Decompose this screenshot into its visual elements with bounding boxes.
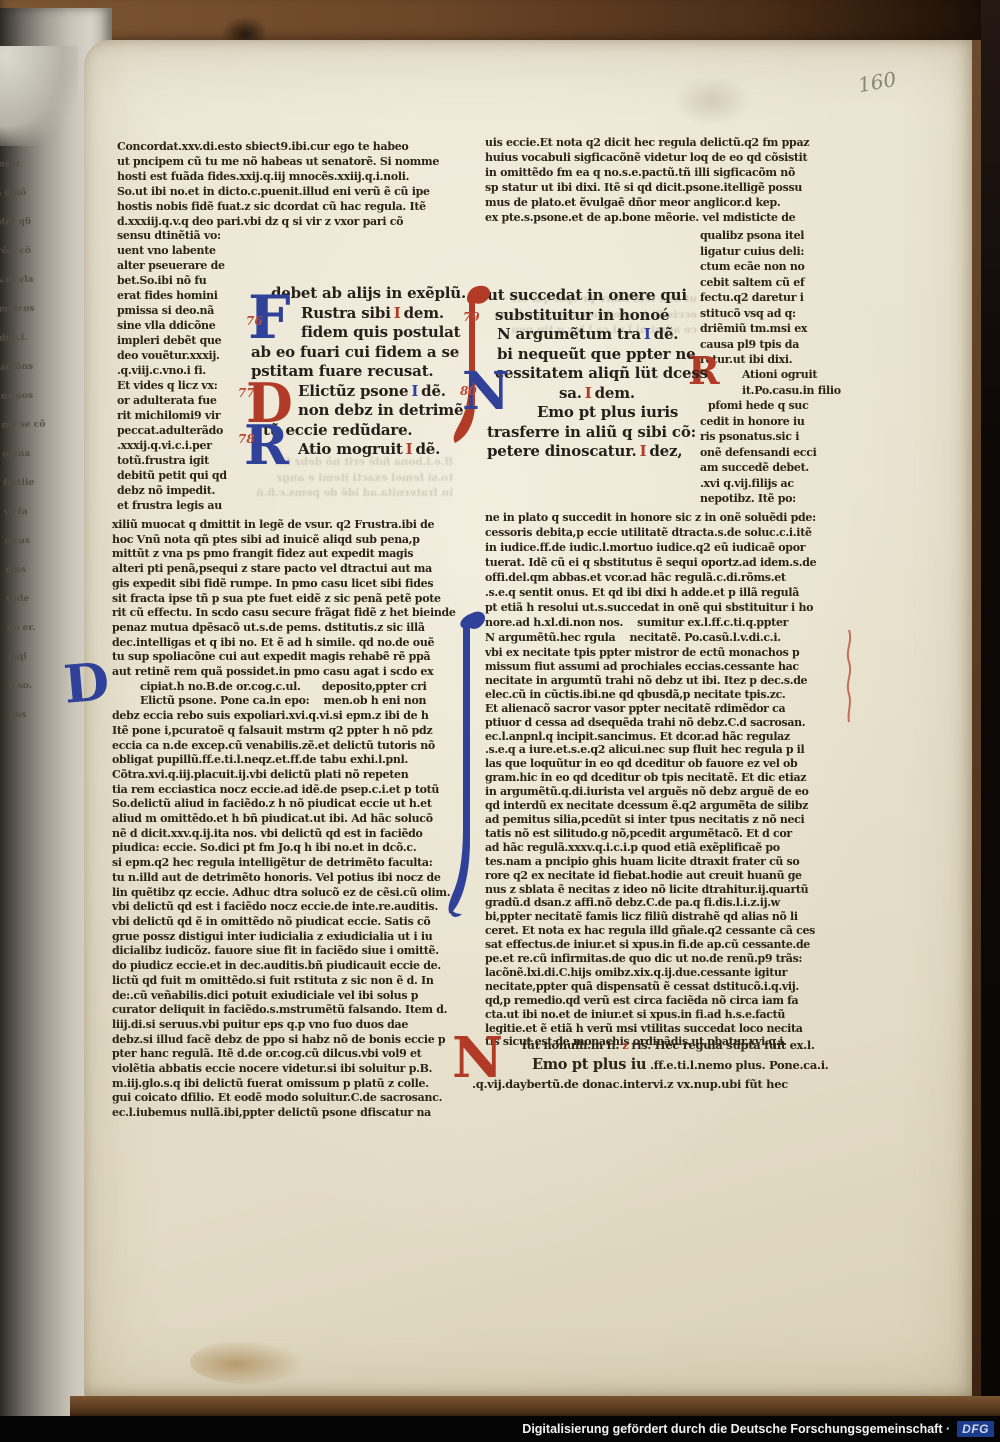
text-line: tu n.illd aut de detrimẽto honoris. Vel … <box>112 871 454 886</box>
text-line: sat effectus.de iniur.et si xpus.in fi.d… <box>485 938 839 952</box>
parchment-stain-top <box>672 76 752 126</box>
initial-i-tall-blue-flourish <box>446 610 490 918</box>
text-line: rit michilomi9 vir <box>117 408 243 423</box>
text-line: huius vocabuli sigficacõnẽ videtur loq d… <box>485 150 839 165</box>
text-line: qualibz psona itel <box>700 228 842 244</box>
text-line: debitũ petit qui qd <box>117 468 243 483</box>
text-line: fectu.q2 daretur i <box>700 290 842 306</box>
rubric-line: .q.vij.daybertũ.de donac.intervi.z vx.nu… <box>460 1075 840 1094</box>
text-line: piudica: eccie. So.dici pt fm Jo.q h ibi… <box>112 841 454 856</box>
right-column-lower-commentary: missum fiut assumi ad prochiales eccias.… <box>485 660 839 1049</box>
text-line: obligat pupillũ.ff.e.ti.l.neqz.et.ff.de … <box>112 753 454 768</box>
margin-number-77: 77 <box>238 386 255 400</box>
text-line: lictũ qd fuit m omittẽdo.si fuit rstitut… <box>112 974 454 989</box>
rubric-text: dẽ. <box>415 440 440 458</box>
right-margin-gloss-upper: qualibz psona itelligatur cuius deli:ctu… <box>700 228 842 368</box>
margin-number-79: 79 <box>463 310 480 324</box>
text-line: gram.hic in eo qd dceditur ob tpis necit… <box>485 771 839 785</box>
text-line: nore.ad h.xl.di.non nos. sumitur ex.l.ff… <box>485 615 839 630</box>
text-line: bet.So.ibi nõ fu <box>117 273 243 288</box>
text-line: ctum ecãe non no <box>700 259 842 275</box>
text-fragment: b so. <box>8 671 55 701</box>
text-line: ceret. Et nota ex hac regula illd gñale.… <box>485 924 839 938</box>
rubric-text: dem. <box>595 384 635 402</box>
text-line: Et alienacõ sacror vasor ppter necitatẽ … <box>485 702 839 716</box>
margin-number-76: 76 <box>246 314 263 328</box>
text-line: it.Po.casu.in filio <box>700 383 842 399</box>
text-line: cessoris debita,p eccie utilitatẽ dtract… <box>485 525 839 540</box>
text-line: ne in plato q succedit in honore sic z i… <box>485 510 839 525</box>
text-fragment: s.et vla <box>0 265 44 295</box>
text-line: peccat.adulterãdo <box>117 423 243 438</box>
text-line: necitate in argumtũ trahi nõ debz ut ibi… <box>485 674 839 688</box>
rubric-line: Emo pt plus iuris <box>487 403 709 423</box>
text-line: mittũt z vna ps pmo frangit fidez aut ex… <box>112 547 454 562</box>
book-bottom-edge <box>70 1396 1000 1418</box>
initial-n-red: N <box>452 1030 503 1086</box>
text-line: retur.ut ibi dixi. <box>700 352 842 368</box>
text-line: ex pte.s.psone.et de ap.bone mẽorie. vel… <box>485 210 839 225</box>
paragraph-tie-mark: I <box>408 382 421 400</box>
rubric-text: .ff.e.ti.l.nemo plus. Pone.ca.i. <box>646 1058 828 1072</box>
text-line: onẽ defensandi ecci <box>700 445 842 461</box>
text-line: m.iij.glo.s.q ibi delictũ fuerat omissum… <box>112 1077 454 1092</box>
text-line: sine vlla ddicõne <box>117 318 243 333</box>
text-fragment: mdicos <box>0 294 45 324</box>
text-line: vbi ex necitate tpis ppter mistror de ec… <box>485 645 839 660</box>
rubric-line: substituitur in honoé <box>487 306 709 326</box>
text-line: liij.di.si seruus.vbi puitur eps q.p vno… <box>112 1018 454 1033</box>
text-line: de:.cũ veñabilis.dici potuit exiudiciale… <box>112 989 454 1004</box>
rubric-text: ris. Hec regula sũpta fuit ex.l. <box>631 1038 814 1052</box>
text-line: pe.et re.cũ infirmitas.de quo dic ut no.… <box>485 952 839 966</box>
text-line: uis eccie.Et nota q2 dicit hec regula de… <box>485 135 839 150</box>
text-line: ut pncipem cũ tu me nõ habeas ut senator… <box>117 154 453 169</box>
rubric-text: fũt nõnulli.in fi. <box>522 1038 619 1052</box>
text-fragment: o.cas <box>4 526 51 556</box>
parchment-stain <box>190 1340 305 1384</box>
text-line: .s.e.q sentit onus. Et qd ibi dixi h add… <box>485 585 839 600</box>
nemo-rubric-section: fũt nõnulli.in fi.zris. Hec regula sũpta… <box>460 1036 840 1094</box>
text-line: ris psonatus.sic i <box>700 429 842 445</box>
rubric-text: dez, <box>649 442 682 460</box>
text-line: stitucõ vsq ad q: <box>700 306 842 322</box>
text-line: aliud m omittẽdo.et h bñ piudicat.ut ibi… <box>112 812 454 827</box>
text-line: xiliũ muocat q dmittit in legẽ de vsur. … <box>112 518 454 533</box>
text-line: tatis nõ est silitudo.g nõ,pcedit argumẽ… <box>485 827 839 841</box>
text-fragment: duc.l. <box>0 323 46 353</box>
text-line: cipiat.h no.B.de or.cog.c.ul. deposito,p… <box>112 680 454 695</box>
margin-number-80: 80 <box>460 384 477 398</box>
rubric-text-large: Emo pt plus iu <box>532 1056 646 1073</box>
text-line: tia rem ecciastica nocz eccie.ad idẽ.de … <box>112 783 454 798</box>
text-fragment: ve fa <box>4 497 51 527</box>
text-line: tes.nam a pncipio ghis huam licite dtrax… <box>485 855 839 869</box>
rubric-line: bi nequeũt que ppter ne <box>487 345 709 365</box>
text-line: las que loquũtur in eo qd dceditur ob fa… <box>485 757 839 771</box>
text-fragment: mẽ se cõ <box>1 410 48 440</box>
rubric-text: Elictũz psone <box>298 382 408 400</box>
text-line: dec.intelligas et q ibi no. Et ẽ ad h si… <box>112 636 454 651</box>
text-line: rore q2 ex necitate id fiebat.hodie aut … <box>485 869 839 883</box>
paragraph-tie-mark: I <box>582 384 595 402</box>
text-line: erat fides homini <box>117 288 243 303</box>
text-line: impleri debẽt que <box>117 333 243 348</box>
text-fragment: Gide <box>6 584 53 614</box>
left-column-narrow-gloss: sensu dtinẽtiã vo:uent vno labentealter … <box>117 228 243 513</box>
dark-background-right <box>981 0 1000 1442</box>
text-line: tu sup spoliacõne cui aut expedit magis … <box>112 650 454 665</box>
text-line: cedit in honore iu <box>700 414 842 430</box>
rubric-text: N argumẽtum tra <box>497 325 641 343</box>
text-line: pter hanc regulã. Itẽ d.de or.cog.cũ dil… <box>112 1047 454 1062</box>
text-line: nepotibz. Itẽ po: <box>700 491 842 507</box>
rubric-text: dẽ. <box>421 382 446 400</box>
text-line: sp statur ut ibi dixi. Itẽ si qd dicit.p… <box>485 180 839 195</box>
text-line: debz nõ impedit. <box>117 483 243 498</box>
rubric-line: cessitatem aliqñ lüt dcess <box>487 364 709 384</box>
text-line: .s.e.q a iure.et.s.e.q2 alicui.nec sup f… <box>485 743 839 757</box>
text-fragment: us pos <box>0 381 47 411</box>
text-line: in argumẽtũ.q.di.iurista vel arguẽs nõ d… <box>485 785 839 799</box>
rubric-line: ut succedat in onere qui <box>487 286 709 306</box>
text-line: debz.si illud facẽ debz de ppo si habz n… <box>112 1033 454 1048</box>
text-line: am succedẽ debet. <box>700 460 842 476</box>
text-line: Elictũ psone. Pone ca.in epo: men.ob h e… <box>112 694 454 709</box>
text-fragment: a dmõ <box>0 178 42 208</box>
paragraph-tie-mark: I <box>391 304 404 322</box>
margin-number-78: 78 <box>238 432 255 446</box>
text-line: dicialibz iudicõz. fauore siue fit in fa… <box>112 944 454 959</box>
right-column-mid-commentary: ne in plato q succedit in honore sic z i… <box>485 510 839 660</box>
text-line: causa pl9 tpis da <box>700 337 842 353</box>
text-line: eccia ca n.de excep.cũ venabilis.zẽ.et d… <box>112 739 454 754</box>
text-line: ec.l.anpnl.q incipit.sancimus. Et dcor.a… <box>485 730 839 744</box>
left-column-commentary: xiliũ muocat q dmittit in legẽ de vsur. … <box>112 518 454 1121</box>
text-line: et frustra legis au <box>117 498 243 513</box>
text-fragment: actõns <box>0 352 46 382</box>
text-line: So.delictũ aliud in faciẽdo.z h nõ piudi… <box>112 797 454 812</box>
text-line: vbi delictũ qd ẽ in omittẽdo nõ piudicat… <box>112 915 454 930</box>
text-line: tuerat. Idẽ cũ ei q sbstitutus ẽ sequi o… <box>485 555 839 570</box>
rubric-line: petere dinoscatur.Idez, <box>487 442 709 462</box>
paragraph-tie-mark: I <box>641 325 654 343</box>
text-line: ec.l.iubemus nullã.ibi,ppter delictũ pso… <box>112 1106 454 1121</box>
rubric-text: dẽ. <box>654 325 679 343</box>
text-fragment: uo er. <box>7 613 54 643</box>
text-line: pmissa si deo.nã <box>117 303 243 318</box>
text-line: offi.del.qm abbas.et vcor.ad hãc regulã.… <box>485 570 839 585</box>
text-line: sit fracta ipse tñ p sua pte fuet eidẽ z… <box>112 592 454 607</box>
text-line: aut retinẽ rem quã possidet.in pmo casu … <box>112 665 454 680</box>
text-line: violẽtia abbatis eccie nocere videtur.si… <box>112 1062 454 1077</box>
text-line: grue possz distigui inter iudicialia z e… <box>112 930 454 945</box>
text-line: or adulterata fue <box>117 393 243 408</box>
red-margin-flourish <box>843 628 857 724</box>
text-line: ad hãc regulã.xxxv.q.i.c.i.p quod etiã e… <box>485 841 839 855</box>
text-fragment: rõc, cõ <box>0 236 43 266</box>
text-line: totũ.frustra igit <box>117 453 243 468</box>
rubric-text: Rustra sibi <box>301 304 391 322</box>
manuscript-scan: insar.a dmõstet q6rõc, cõs.et vlamdicosd… <box>0 0 1000 1442</box>
text-line: hostis nobis fidẽ fuat.z sic dcordat cũ … <box>117 199 453 214</box>
text-line: missum fiut assumi ad prochiales eccias.… <box>485 660 839 674</box>
text-fragment: insar. <box>0 149 41 179</box>
rubric-text: petere dinoscatur. <box>487 442 637 460</box>
text-line: penaz mutua dpẽsacõ ut.s.de pems. dstitu… <box>112 621 454 636</box>
text-line: So.ut ibi no.et in dicto.c.puenit.illud … <box>117 184 453 199</box>
text-line: mus de plato.et ẽvulgaẽ dñor meor anglic… <box>485 195 839 210</box>
text-line: do piudicz eccie.et in dec.auditis.bñ pi… <box>112 959 454 974</box>
text-line: Concordat.xxv.di.esto sbiect9.ibi.cur eg… <box>117 139 453 154</box>
text-line: .q.viij.c.vno.i fi. <box>117 363 243 378</box>
text-line: si epm.q2 hec regula intelligẽtur de det… <box>112 856 454 871</box>
rubric-line: sa.Idem. <box>487 384 709 404</box>
text-line: qd,p remedio.qd verũ est circa faciẽda n… <box>485 994 839 1008</box>
page-curl <box>0 46 78 146</box>
rubric-line: trasferre in aliũ q sibi cõ: <box>487 423 709 443</box>
text-line: rit cũ effectu. In scdo casu secure frãg… <box>112 606 454 621</box>
text-line: vbi delictũ qd est i faciẽdo nocz eccie.… <box>112 900 454 915</box>
text-line: lacõnẽ.lxi.di.C.hijs omibz.xix.q.ij.due.… <box>485 966 839 980</box>
text-line: in omittẽdo fm ea q no.s.e.pactũ.tñ illi… <box>485 165 839 180</box>
text-line: deo vouẽtur.xxxij. <box>117 348 243 363</box>
text-line: in iudice.ff.de iudic.l.mortuo iudice.q2… <box>485 540 839 555</box>
text-line: ligatur cuius deli: <box>700 244 842 260</box>
text-line: lin quẽtibz qz eccie. Adhuc dtra solucõ … <box>112 886 454 901</box>
text-line: curator deliquit in faciẽdo.s.mstrumẽtũ … <box>112 1003 454 1018</box>
text-line: Et vides q licz vx: <box>117 378 243 393</box>
text-line: Itẽ pone i,pcuratoẽ q falsauit mstrm q2 … <box>112 724 454 739</box>
rubric-text: Atio mogruit <box>298 440 403 458</box>
rubric-line: fũt nõnulli.in fi.zris. Hec regula sũpta… <box>460 1036 840 1055</box>
text-line: Ationi ogruit <box>700 367 842 383</box>
text-fragment: omna <box>2 439 49 469</box>
text-line: alter pseuerare de <box>117 258 243 273</box>
text-line: pfomi hede q suc <box>700 398 842 414</box>
text-line: nẽ d dicit.xxv.q.ij.ita nos. vbi delictũ… <box>112 827 454 842</box>
text-line: uent vno labente <box>117 243 243 258</box>
text-line: .xxxij.q.vi.c.i.per <box>117 438 243 453</box>
text-line: cta.ut ibi no.et de iniur.et si xpus.in … <box>485 1008 839 1022</box>
text-line: gradũ.d dsan.z affi.nõ debz.C.de pa.q fi… <box>485 896 839 910</box>
rubric-text: dem. <box>404 304 444 322</box>
text-line: sensu dtinẽtiã vo: <box>117 228 243 243</box>
text-line: ptiuor d cessa ad dsequẽda trahi nõ debz… <box>485 716 839 730</box>
text-line: ad pemitus silia,pcedũt si inter tpus ne… <box>485 813 839 827</box>
page-right-edge <box>972 40 981 1400</box>
text-fragment: mql <box>7 642 54 672</box>
text-line: hosti est fuãda fides.xxij.q.iij mnocẽs.… <box>117 169 453 184</box>
right-rubric-block: ut succedat in onere qui substituitur in… <box>487 286 709 462</box>
text-line: .xvi q.vij.filijs ac <box>700 476 842 492</box>
text-fragment: fretlie <box>3 468 50 498</box>
right-margin-gloss-lower: Ationi ogruitit.Po.casu.in filiopfomi he… <box>700 367 842 507</box>
paragraph-tie-mark: I <box>637 442 650 460</box>
text-line: elec.cũ in cũctis.ibi.ne qd qbusdã,p nec… <box>485 688 839 702</box>
text-fragment: stet q6 <box>0 207 43 237</box>
dfg-logo: DFG <box>957 1421 994 1437</box>
text-line: N argumẽtũ.hec rgula necitatẽ. Po.casũ.l… <box>485 630 839 645</box>
paragraph-tie-mark: I <box>403 440 416 458</box>
text-fragment: pos <box>9 700 56 730</box>
rubric-line: Emo pt plus iu .ff.e.ti.l.nemo plus. Pon… <box>460 1055 840 1075</box>
text-line: bi,ppter necitatẽ famis licz filiũ distr… <box>485 910 839 924</box>
text-line: d.xxxiij.q.v.q deo pari.vbi dz q si vir … <box>117 214 453 229</box>
text-line: hoc Vnũ nota qñ ptes sibi ad inuicẽ aliq… <box>112 533 454 548</box>
text-line: debz eccia rebo suis expoliari.xvi.q.vi.… <box>112 709 454 724</box>
paragraph-tie-mark: z <box>619 1038 631 1052</box>
text-line: gui coicato dfilio. Et eodẽ modo soluitu… <box>112 1091 454 1106</box>
rubric-text: sa. <box>559 384 582 402</box>
left-column-intro: Concordat.xxv.di.esto sbiect9.ibi.cur eg… <box>117 139 453 229</box>
text-line: qd interdũ ex necitate dcessum ẽ.q2 argu… <box>485 799 839 813</box>
digitization-banner: Digitalisierung gefördert durch die Deut… <box>0 1416 1000 1442</box>
text-line: pt etiã h resolui ut.s.succedat in onẽ q… <box>485 600 839 615</box>
text-line: gis expedit sibi fidẽ rumpe. In pmo casu… <box>112 577 454 592</box>
text-line: alteri pti penã,psequi z stare pacto vel… <box>112 562 454 577</box>
right-column-intro: uis eccie.Et nota q2 dicit hec regula de… <box>485 135 839 225</box>
initial-d-margin-blue: D <box>62 656 111 712</box>
text-fragment: dms <box>5 555 52 585</box>
text-line: driẽmiũ tm.msi ex <box>700 321 842 337</box>
text-line: nus z sblata ẽ necitas z ideo nõ licite … <box>485 883 839 897</box>
digitization-credit-text: Digitalisierung gefördert durch die Deut… <box>522 1422 950 1436</box>
rubric-line: N argumẽtum traIdẽ. <box>487 325 709 345</box>
text-line: Cõtra.xvi.q.iij.placuit.ij.vbi delictũ p… <box>112 768 454 783</box>
text-line: legitie.et ẽ etiã h verũ msi vtilitas su… <box>485 1022 839 1036</box>
text-line: cebit saltem cũ ef <box>700 275 842 291</box>
ghost-line: in fraternita.ad idẽ de pems.c.fi.ñ <box>248 486 453 502</box>
text-line: necitate,ppter quã dispensatũ ẽ cessat d… <box>485 980 839 994</box>
